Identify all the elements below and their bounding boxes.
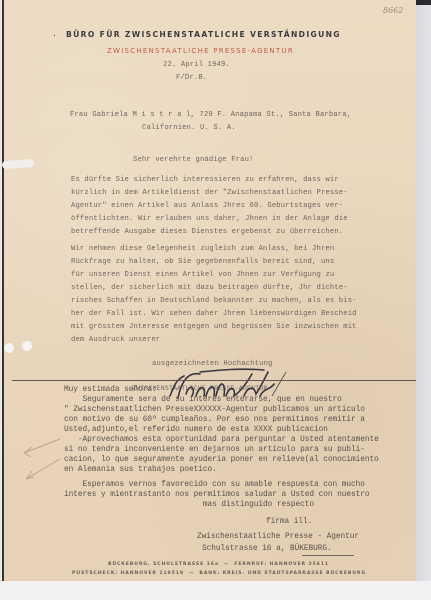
signed-note: firma ill.	[266, 518, 312, 526]
text-line: Seguramente sera de su interes enterarse…	[64, 396, 342, 404]
text-line: dem Ausdruck unserer	[71, 336, 160, 344]
letterhead-department: ZWISCHENSTAATLICHE PRESSE-AGENTUR	[107, 47, 294, 55]
text-line: con motivo de su 60º cumpleaños. Por eso…	[64, 416, 365, 424]
text-line: Es dürfte Sie sicherlich interessieren z…	[71, 176, 339, 184]
punch-hole	[4, 343, 14, 353]
text-line: mit grösstem Jnteresse entgegen und begr…	[71, 323, 357, 331]
recipient-line-2: Californien. U. S. A.	[142, 124, 236, 132]
text-line: cacion, lo que seguramente ayuderia pone…	[64, 456, 379, 464]
text-line: stellen, der sicherlich mit dazu beitrag…	[71, 284, 348, 292]
text-line: Wir nehmen diese Gelegenheit zugleich zu…	[71, 245, 334, 253]
text-line: mas distinguido respecto	[64, 501, 314, 509]
text-line: si no tendra inconveniente en dejarnos u…	[64, 446, 365, 454]
footer-bank: POSTSCHECK: HANNOVER 119519 — BANK: KREI…	[72, 571, 366, 576]
text-line: Esperamos vernos favorecido con su amabl…	[64, 481, 365, 489]
text-line: risches Schaffen in Deutschland bekannte…	[71, 297, 357, 305]
recipient-line-1: Frau Gabriela M i s t r a l, 729 F. Anap…	[70, 111, 351, 119]
punch-hole	[22, 341, 32, 351]
text-line: en Alemania sus trabajos poetico.	[64, 466, 217, 474]
salutation-german: Sehr verehrte gnädige Frau!	[133, 156, 254, 164]
text-line: Rückfrage zu halten, ob Sie gegebenenfal…	[71, 258, 334, 266]
text-line: betreffende Ausgabe dieses Dienstes erge…	[71, 228, 343, 236]
text-line: öffentlichten. Wir erlauben uns daher, J…	[71, 215, 348, 223]
text-line: her der Fall ist. Wir sehen daher Jhrem …	[71, 310, 357, 318]
letterhead-bullet: .	[52, 30, 57, 39]
letter-date: 22. April 1949.	[163, 61, 230, 69]
letterhead-organization: BÜRO FÜR ZWISCHENSTAATLICHE VERSTÄNDIGUN…	[66, 30, 366, 39]
text-line: für unseren Dienst einen Artikel von Jhn…	[71, 271, 334, 279]
sender-line-1: Zwischenstaatliche Presse - Agentur	[197, 533, 359, 541]
text-line: kürzlich in dem Artikeldienst der "Zwisc…	[71, 189, 348, 197]
sender-line-2: Schulstrasse 16 a, BÜKEBURG.	[202, 545, 332, 553]
text-line: Usted,adjunto,el referido numero de esta…	[64, 426, 328, 434]
closing-german: ausgezeichneten Hochachtung	[152, 360, 273, 368]
scan-border-corner	[416, 0, 431, 5]
letter-reference: F/Dr.B.	[176, 74, 207, 82]
footer-address: BÜCKEBURG, SCHULSTRASSE 16a — FERNRUF: H…	[108, 562, 329, 567]
scan-border-bottom	[0, 581, 431, 600]
archive-number: 8662	[383, 6, 403, 15]
scan-border-right	[416, 0, 431, 600]
salutation-spanish: Muy estimada señora:	[64, 386, 157, 394]
text-line: " Zwischenstaatlichen PresseXXXXXX-Agent…	[64, 406, 365, 414]
text-line: -Aprovechamos esta oportunidad para perg…	[64, 436, 379, 444]
text-line: Agentur" einen Artikel aus Anlass Jhres …	[71, 202, 343, 210]
margin-arrow-icon	[16, 435, 66, 485]
text-line: interes y mientrastanto nos permitimos s…	[64, 491, 370, 499]
sender-underline	[302, 555, 354, 556]
section-divider	[12, 380, 416, 381]
